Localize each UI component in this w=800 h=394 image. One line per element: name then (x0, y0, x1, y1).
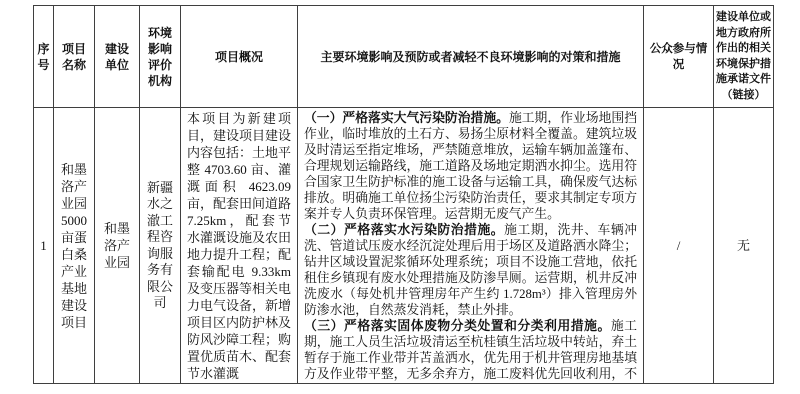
row-eia-agency: 新疆 水之 澈工 程咨 询服 务有 限公 司 (140, 108, 181, 384)
row-measures: （一）严格落实大气污染防治措施。施工期，作业场地围挡作业，临时堆放的土石方、易扬… (298, 108, 644, 384)
header-measures: 主要环境影响及预防或者减轻不良环境影响的对策和措施 (298, 6, 644, 108)
measure-paragraph-solid-waste-title: （三）严格落实固体废物分类处置和分类利用措施。 (304, 319, 611, 333)
eia-approval-table: 序 号 项目 名称 建设 单位 环境 影响 评价 机构 项目概况 主要环境影响及… (33, 5, 774, 384)
row-project-overview: 本项目为新建项目，建设项目建设内容包括：土地平整 4703.60 亩、灌溉面积 … (181, 108, 298, 384)
measure-paragraph-water: （二）严格落实水污染防治措施。施工期，洗井、车辆冲洗、管道试压废水经沉淀处理后用… (304, 222, 637, 318)
row-commitment-file: 无 (714, 108, 774, 384)
row-project-name: 和墨 洛产 业园 5000 亩蛋 白桑 产业 基地 建设 项目 (54, 108, 95, 384)
header-eia-agency: 环境 影响 评价 机构 (140, 6, 181, 108)
measure-paragraph-water-title: （二）严格落实水污染防治措施。 (304, 223, 504, 237)
measure-paragraph-water-body: 施工期，洗井、车辆冲洗、管道试压废水经沉淀处理后用于场区及道路洒水降尘；钻井区域… (304, 223, 637, 317)
header-project-overview: 项目概况 (181, 6, 298, 108)
row-construction-unit: 和墨 洛产 业园 (95, 108, 140, 384)
header-public-participation: 公众参与情 况 (644, 6, 714, 108)
row-public-participation: / (644, 108, 714, 384)
measure-paragraph-air: （一）严格落实大气污染防治措施。施工期，作业场地围挡作业，临时堆放的土石方、易扬… (304, 110, 637, 222)
header-index: 序 号 (34, 6, 54, 108)
header-project-name: 项目 名称 (54, 6, 95, 108)
header-commitment-file: 建设单位或 地方政府所 作出的相关 环境保护措 施承诺文件 （链接） (714, 6, 774, 108)
measure-paragraph-solid-waste: （三）严格落实固体废物分类处置和分类利用措施。施工期，施工人员生活垃圾清运至杭桂… (304, 318, 637, 384)
row-index: 1 (34, 108, 54, 384)
measure-paragraph-air-title: （一）严格落实大气污染防治措施。 (304, 111, 509, 125)
measure-paragraph-air-body: 施工期，作业场地围挡作业，临时堆放的土石方、易扬尘原材料全覆盖。建筑垃圾及时清运… (304, 111, 637, 221)
header-construction-unit: 建设 单位 (95, 6, 140, 108)
